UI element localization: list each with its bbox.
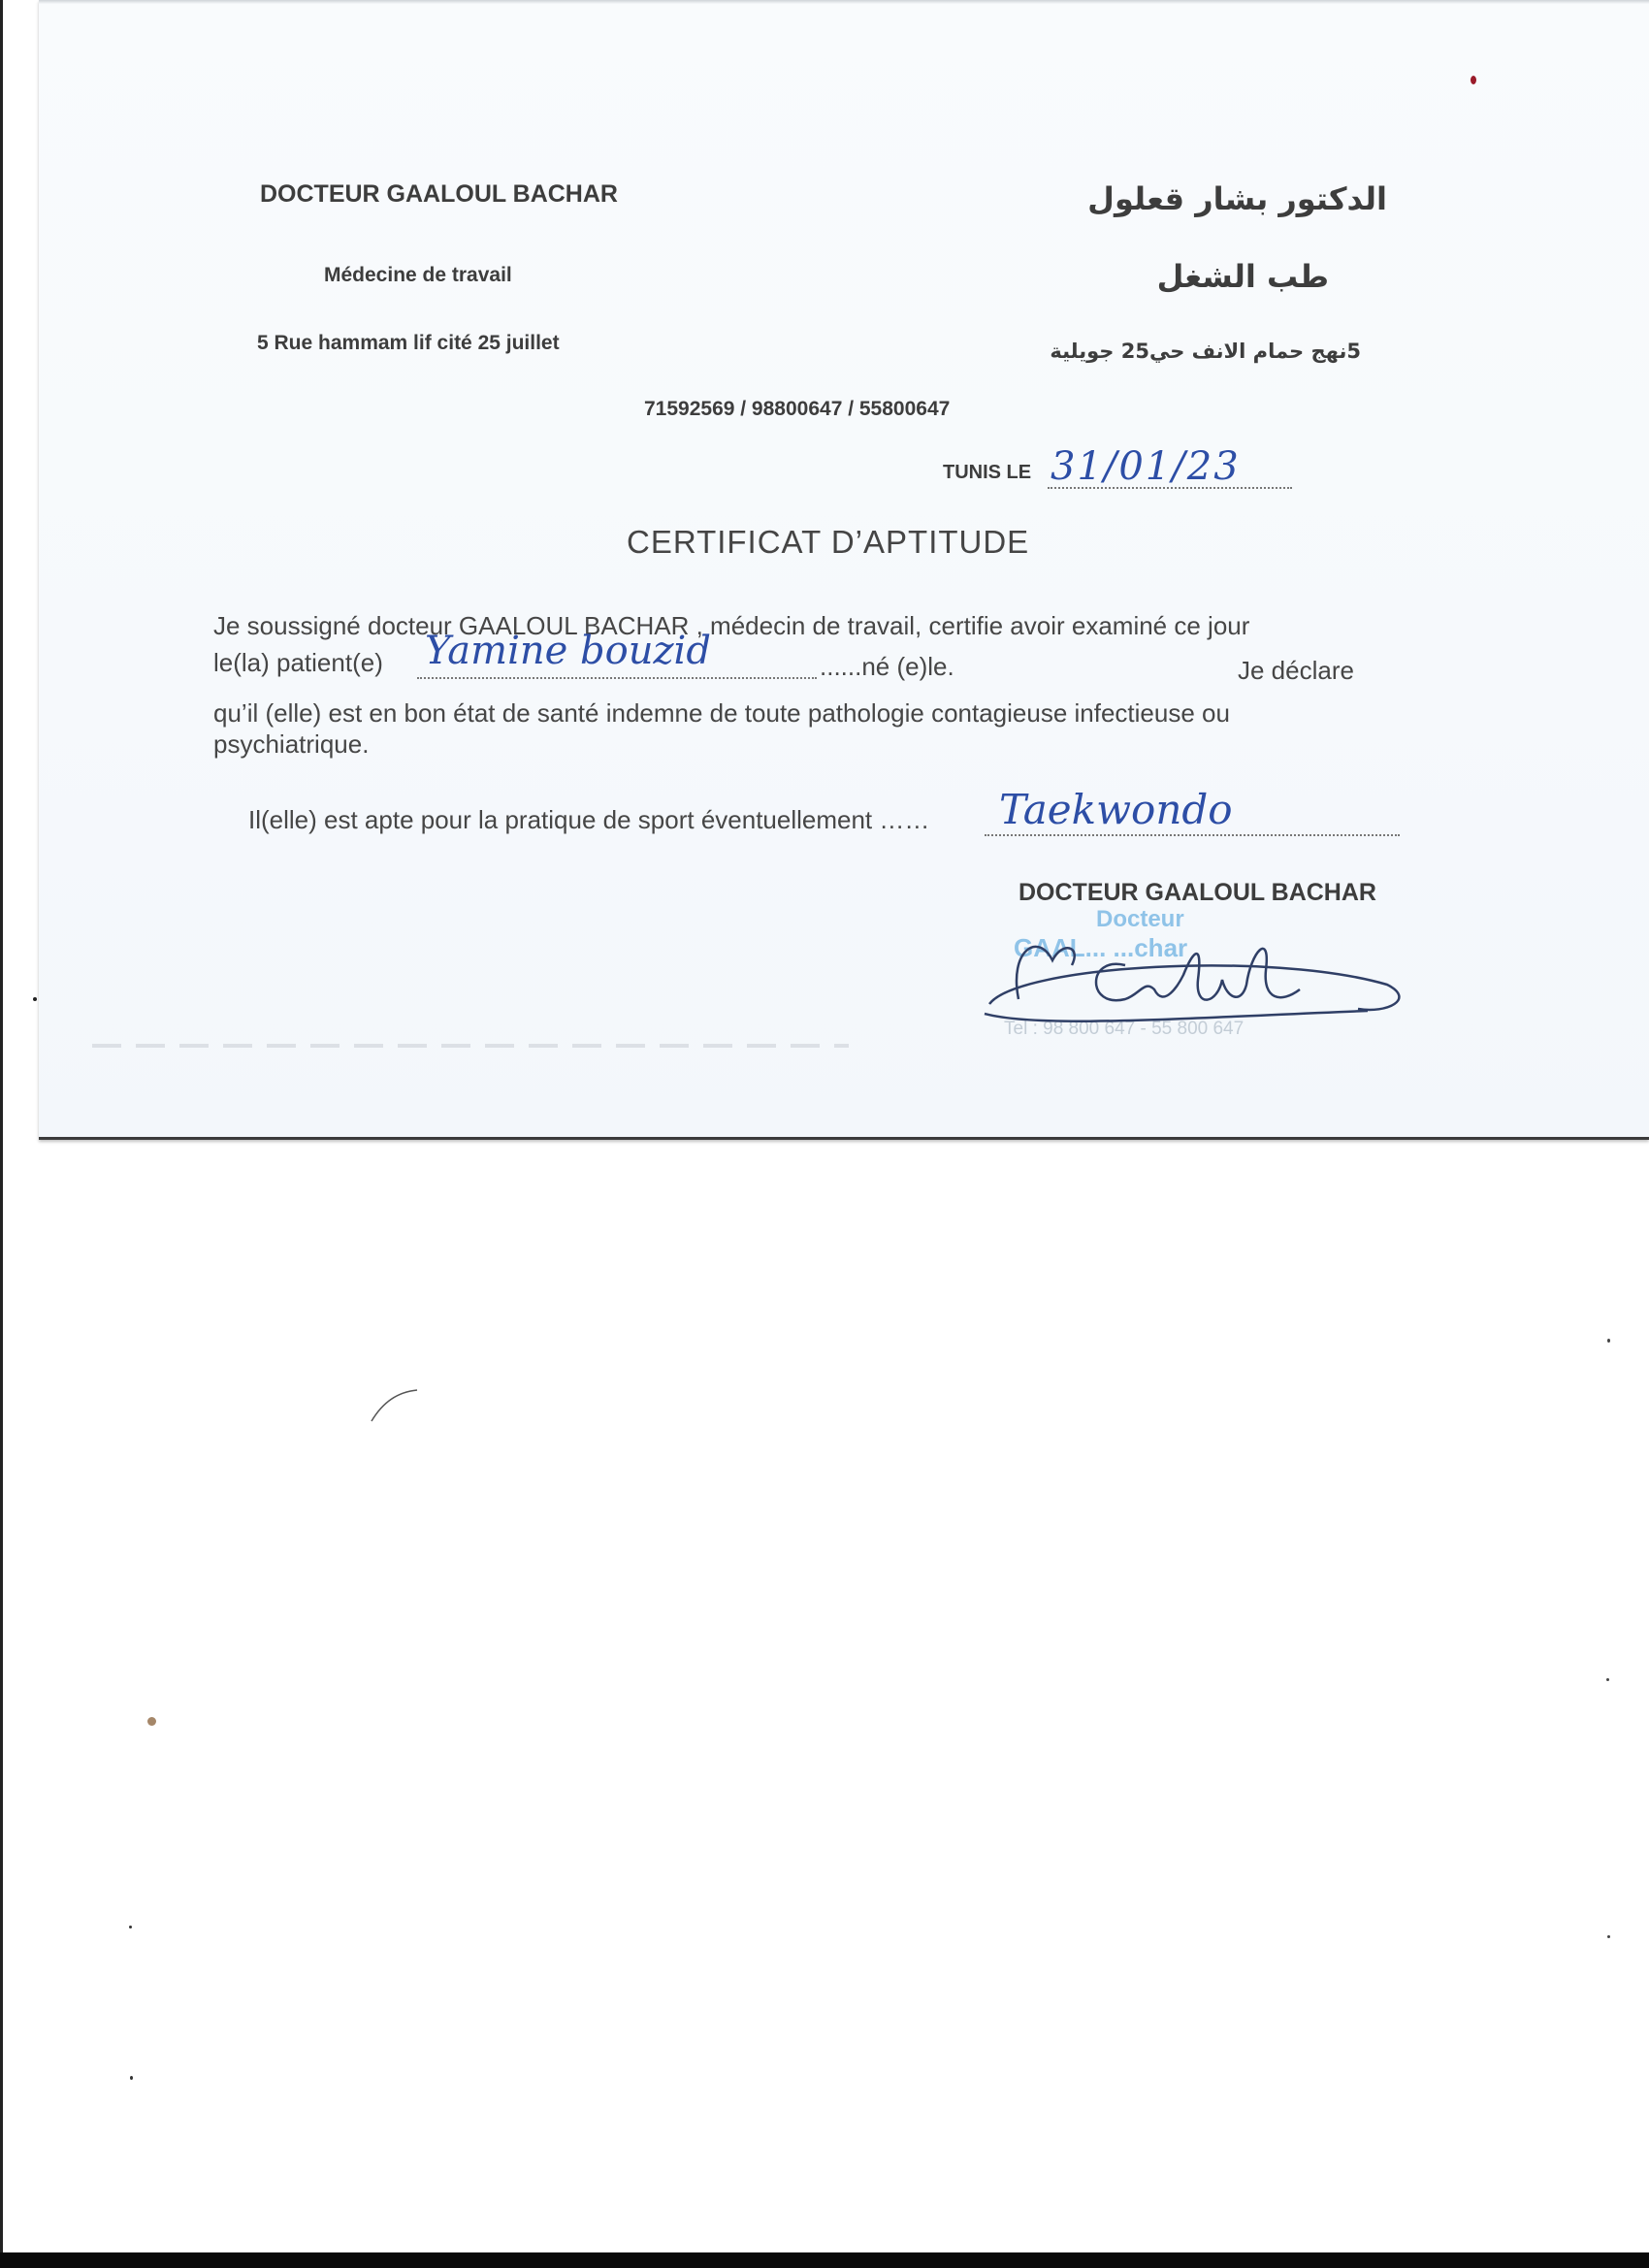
handwritten-signature — [980, 931, 1406, 1028]
certificate-title: CERTIFICAT D’APTITUDE — [627, 524, 1029, 561]
doctor-specialty: Médecine de travail — [324, 264, 512, 287]
patient-label: le(la) patient(e) — [213, 648, 383, 678]
doctor-address-arabic: 5نهج حمام الانف حي25 جويلية — [1050, 340, 1361, 363]
body-line-1: Je soussigné docteur GAALOUL BACHAR , mé… — [213, 611, 1249, 641]
handwritten-sport: Taekwondo — [999, 786, 1233, 833]
speck — [1606, 1678, 1609, 1681]
stamp-line-1: Docteur — [1096, 906, 1184, 933]
sheet-top-shadow — [39, 0, 1649, 4]
sport-dotted-line — [985, 834, 1400, 836]
patient-dotted-line — [417, 677, 817, 679]
doctor-specialty-arabic: طب الشغل — [1157, 258, 1329, 295]
body-line-4: psychiatrique. — [213, 729, 369, 760]
pen-scratch-mark — [369, 1387, 427, 1426]
scanner-bottom-edge — [0, 2252, 1649, 2268]
brown-speck — [147, 1717, 156, 1726]
scan-artifact-line — [92, 1044, 849, 1048]
birth-date-label: ......né (e)le. — [820, 652, 954, 682]
certificate-sheet — [39, 0, 1649, 1140]
phone-numbers: 71592569 / 98800647 / 55800647 — [644, 398, 950, 421]
speck — [1607, 1339, 1610, 1343]
signatory-name: DOCTEUR GAALOUL BACHAR — [1018, 879, 1376, 907]
doctor-address: 5 Rue hammam lif cité 25 juillet — [257, 332, 560, 355]
handwritten-date: 31/01/23 — [1051, 444, 1241, 489]
speck — [130, 2076, 133, 2080]
speck — [129, 1926, 132, 1928]
doctor-name-header: DOCTEUR GAALOUL BACHAR — [260, 180, 618, 209]
body-line-3: qu’il (elle) est en bon état de santé in… — [213, 698, 1230, 729]
speck — [1607, 1935, 1610, 1938]
place-label: TUNIS LE — [943, 462, 1031, 484]
scan-left-edge — [0, 0, 3, 2268]
declaration-label: Je déclare — [1238, 656, 1354, 686]
doctor-name-arabic: الدكتور بشار قعلول — [1087, 180, 1387, 217]
ink-speck — [1471, 76, 1476, 84]
sport-aptitude-line: Il(elle) est apte pour la pratique de sp… — [248, 805, 929, 835]
handwritten-patient-name: Yamine bouzid — [425, 629, 711, 673]
speck — [33, 997, 37, 1001]
